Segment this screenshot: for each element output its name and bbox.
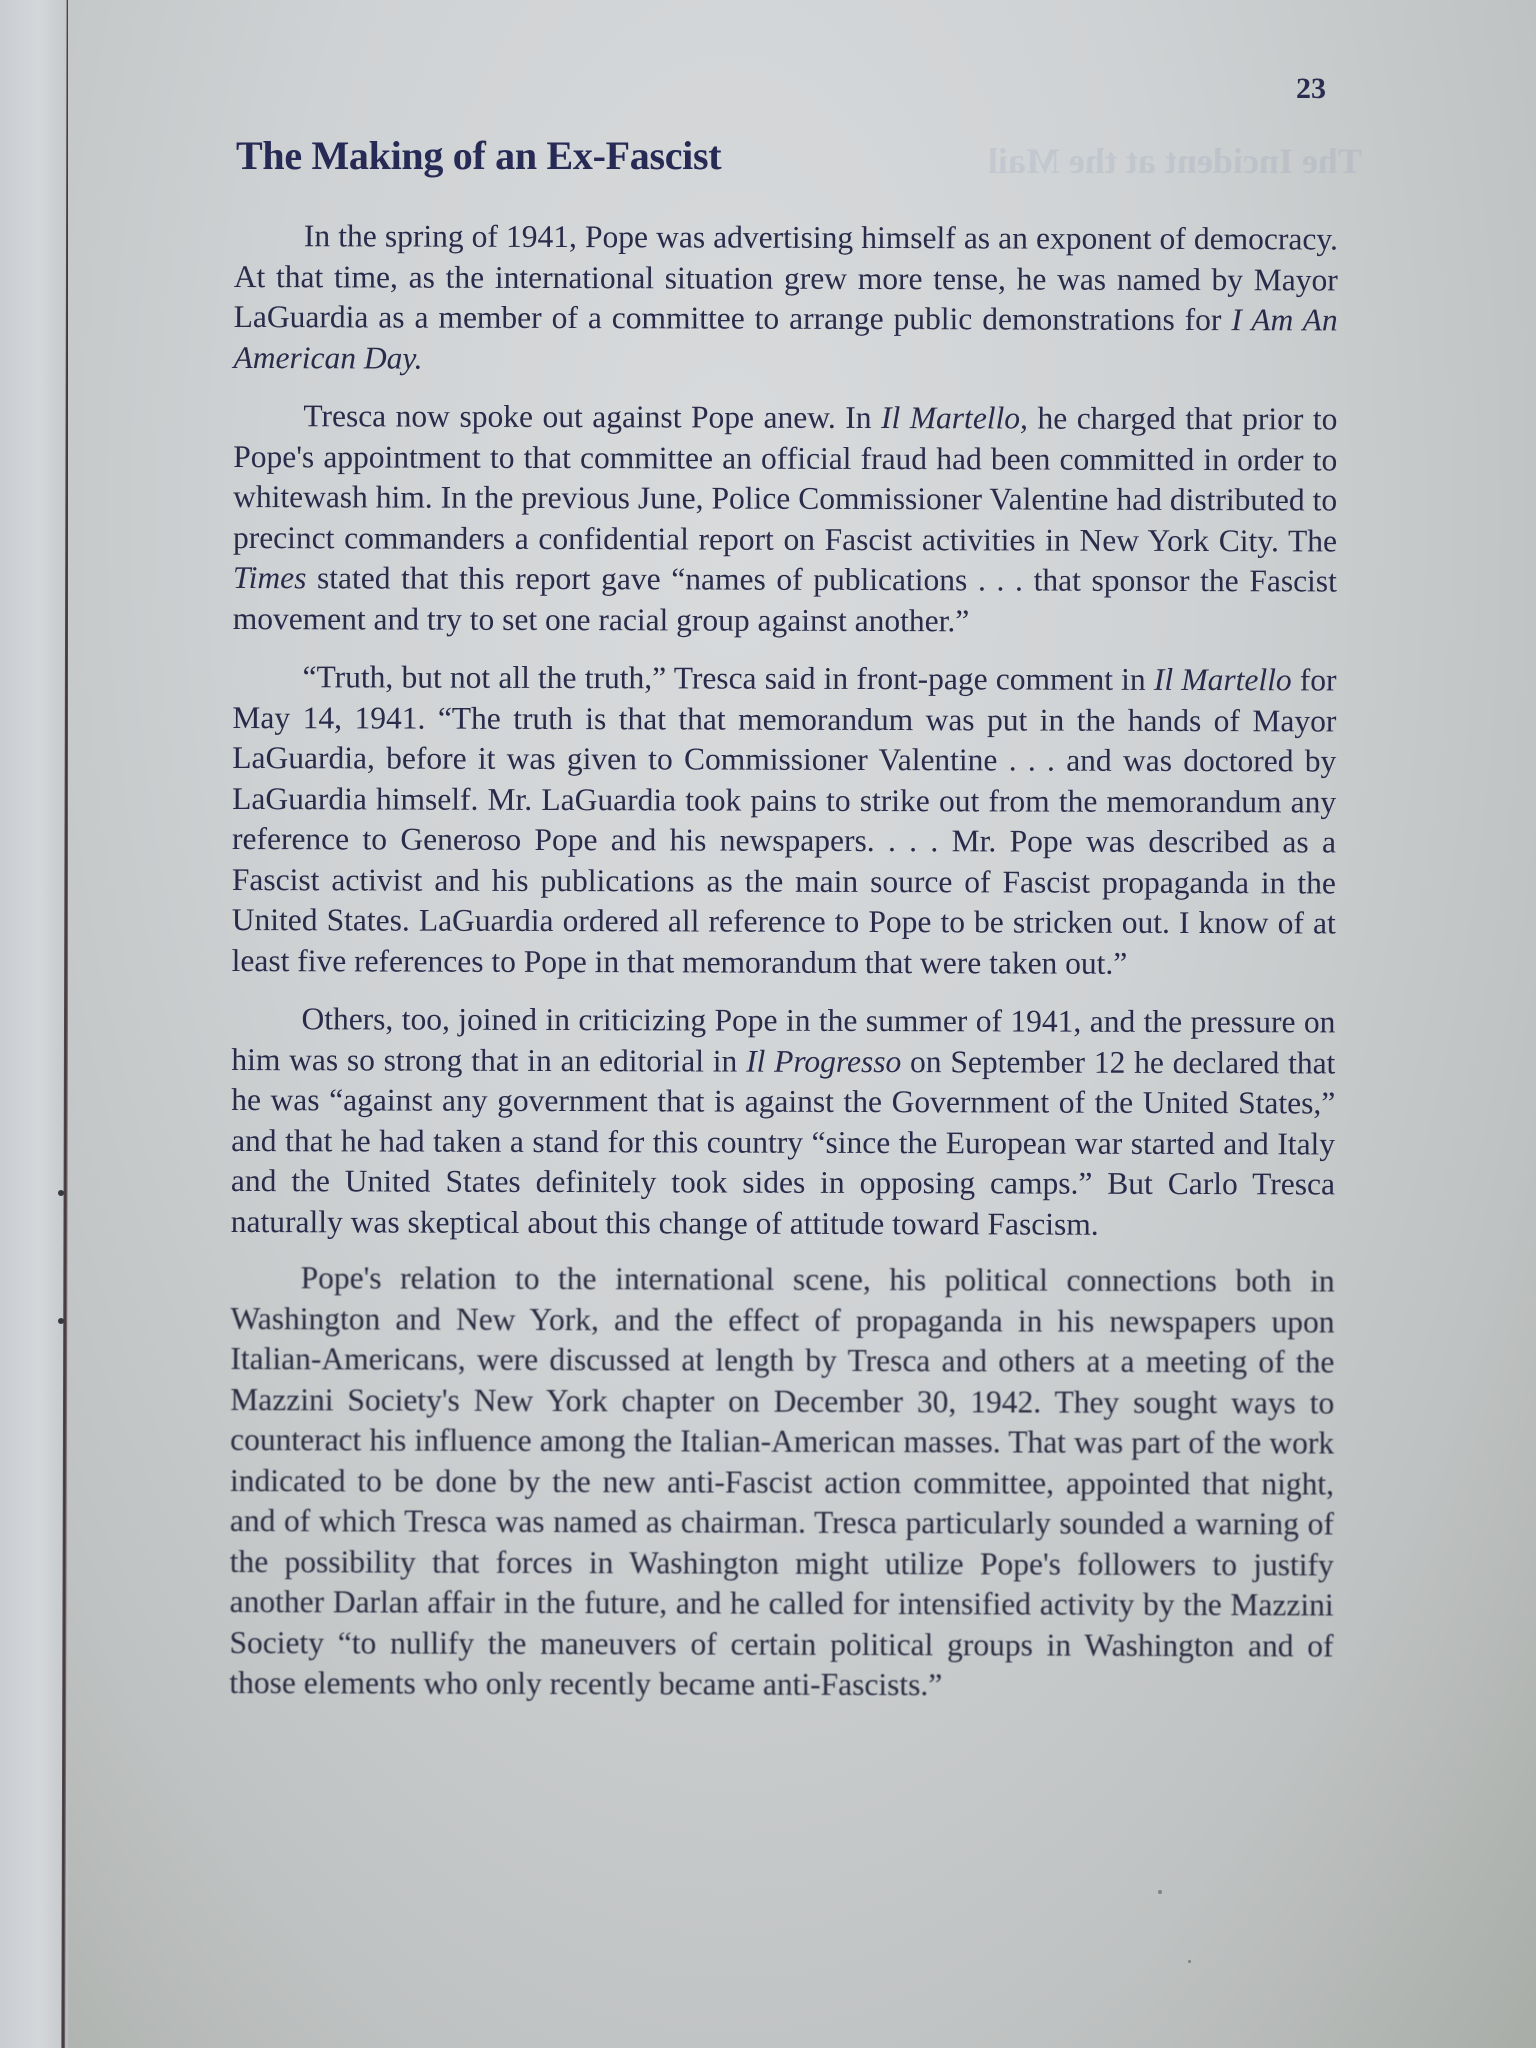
italic-title: Il Martello [1154,662,1292,697]
facing-page-edge [0,0,66,2048]
bleed-through-heading: The Incident at the Mail [988,140,1362,182]
text-run: stated that this report gave “names of p… [233,560,1337,638]
paragraph: Tresca now spoke out against Pope anew. … [233,396,1338,642]
paper-speck [1188,1960,1191,1963]
italic-title: Il Progresso [746,1043,901,1078]
text-run: Tresca now spoke out against Pope anew. … [303,398,881,435]
page-number: 23 [1296,72,1326,106]
italic-title: Il Martello, [881,400,1028,435]
section-heading: The Making of an Ex-Fascist [236,132,721,179]
text-run: “Truth, but not all the truth,” Tresca s… [302,659,1153,697]
text-run: In the spring of 1941, Pope was advertis… [234,218,1338,337]
paragraph: In the spring of 1941, Pope was advertis… [233,216,1338,381]
italic-title: Times [233,560,307,595]
body-text: In the spring of 1941, Pope was advertis… [229,216,1338,1725]
text-run: for May 14, 1941. “The truth is that tha… [232,662,1337,980]
text-run: Pope's relation to the international sce… [229,1260,1334,1702]
paragraph: Others, too, joined in criticizing Pope … [231,999,1336,1245]
staple-mark [58,1190,64,1196]
paper-speck [1158,1890,1162,1894]
staple-mark [58,1318,64,1324]
paragraph: “Truth, but not all the truth,” Tresca s… [232,657,1337,984]
paragraph: Pope's relation to the international sce… [229,1258,1334,1707]
